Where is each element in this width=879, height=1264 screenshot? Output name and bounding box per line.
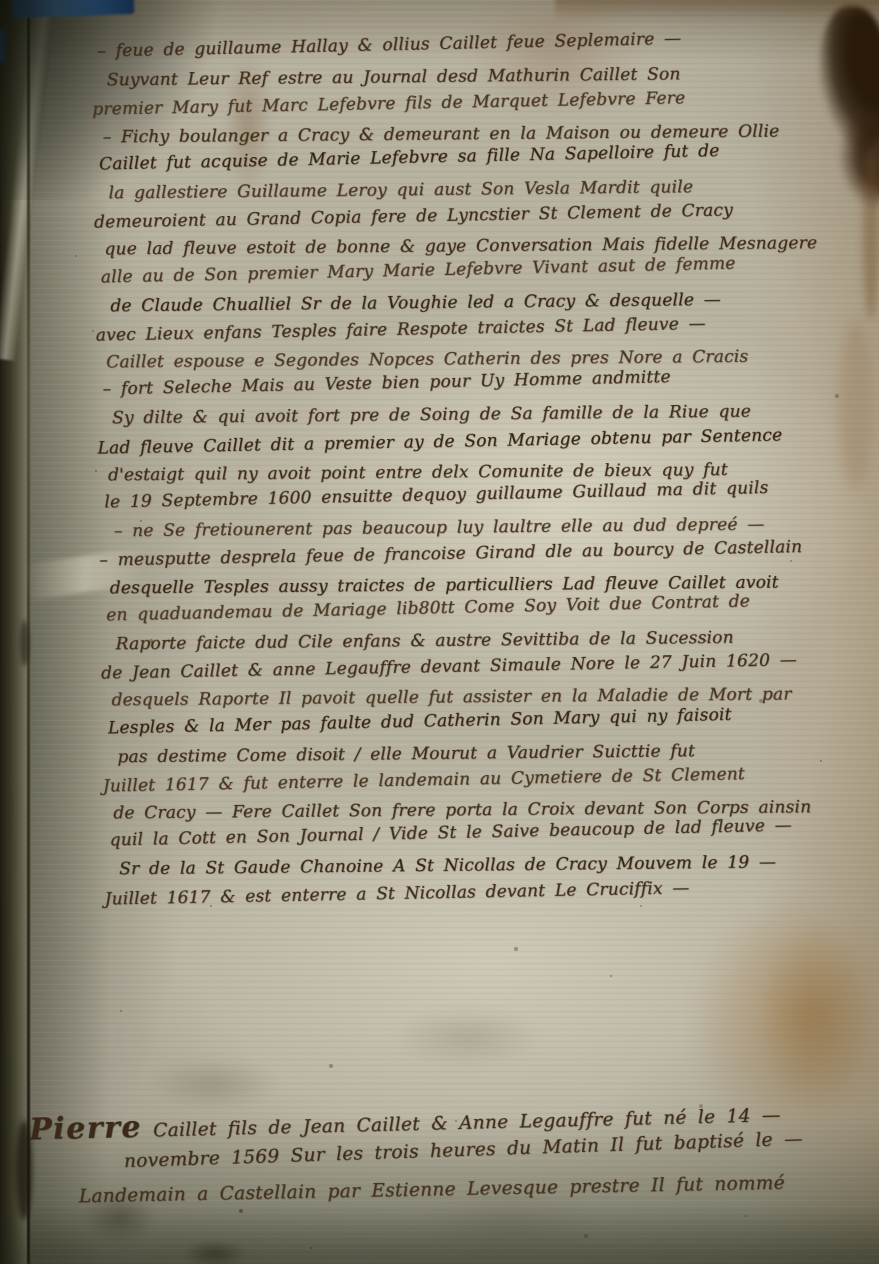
manuscript-photo: – feue de guillaume Hallay & ollius Cail… (0, 0, 879, 1264)
register-entry-pierre: Pierre Caillet fils de Jean Caillet & An… (29, 1095, 804, 1216)
entry-initial-word: Pierre (29, 1110, 143, 1148)
ink-specks (0, 0, 2, 2)
register-entry-main: – feue de guillaume Hallay & ollius Cail… (89, 27, 813, 912)
binding-ink-blob (20, 620, 29, 666)
blue-clip-edge (0, 28, 6, 62)
